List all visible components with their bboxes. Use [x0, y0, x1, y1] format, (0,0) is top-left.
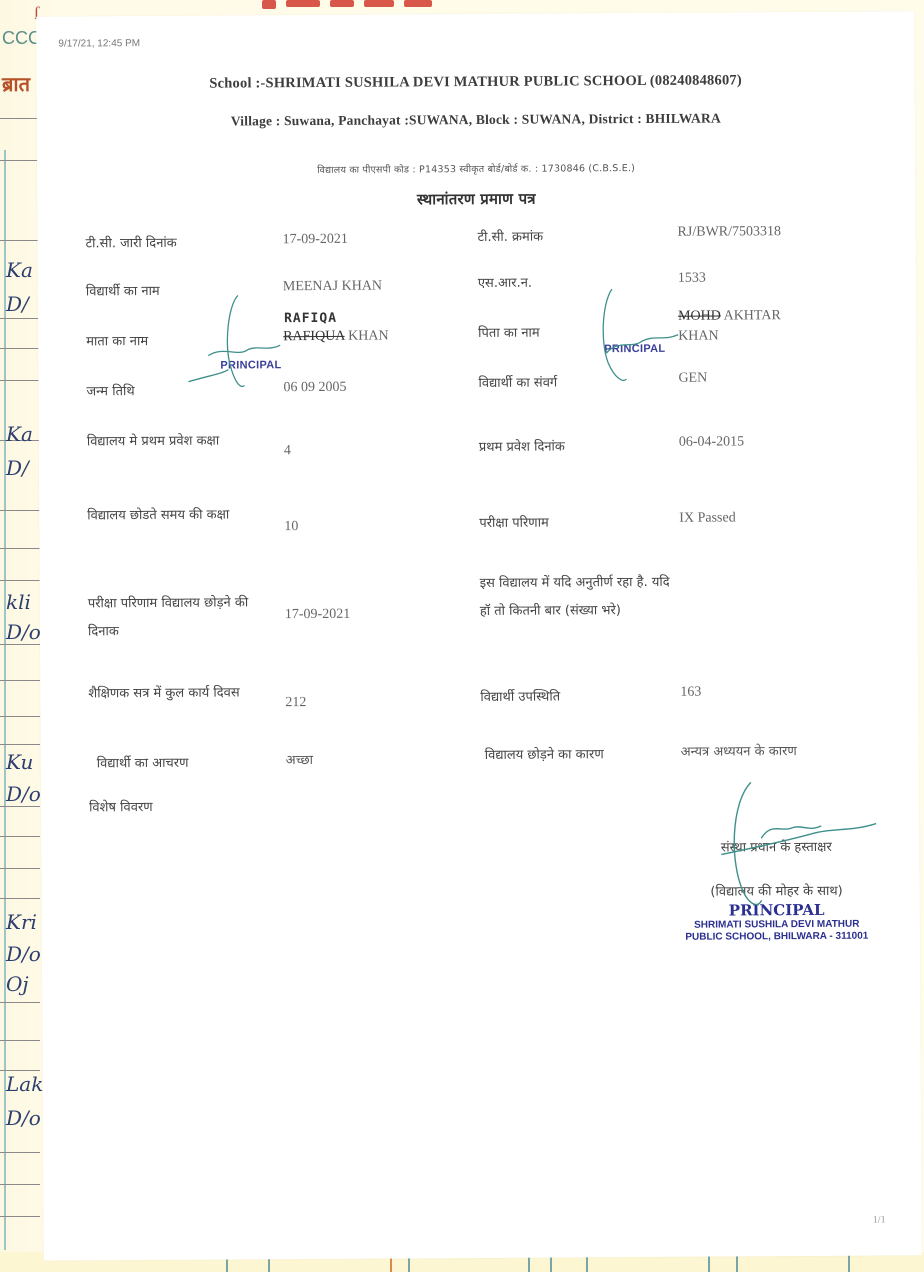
value-first-admission-date: 06-04-2015	[679, 428, 744, 456]
notebook-rule-line	[0, 716, 40, 717]
transfer-certificate-page: 9/17/21, 12:45 PM School :-SHRIMATI SUSH…	[36, 11, 922, 1260]
label-first-admission-class: विद्यालय मे प्रथम प्रवेश कक्षा	[87, 427, 267, 456]
notebook-rule-line	[0, 118, 40, 119]
label-mother-name: माता का नाम	[86, 328, 148, 356]
value-tc-issue-date: 17-09-2021	[282, 226, 347, 254]
mother-surname: KHAN	[348, 329, 389, 344]
value-attendance: 163	[680, 679, 701, 707]
notebook-rule-line	[0, 380, 40, 381]
notebook-header-text: CCC	[2, 28, 41, 49]
label-failed-count: इस विद्यालय में यदि अनुतीर्ण रहा है. यदि…	[480, 569, 670, 626]
label-tc-number: टी.सी. क्रमांक	[477, 224, 543, 252]
value-working-days: 212	[285, 689, 306, 717]
print-timestamp: 9/17/21, 12:45 PM	[58, 38, 140, 49]
handwritten-margin-note: D/o	[6, 782, 41, 806]
label-first-admission-date: प्रथम प्रवेश दिनांक	[479, 433, 565, 462]
value-exam-result: IX Passed	[679, 504, 736, 532]
label-dob: जन्म तिथि	[86, 378, 134, 406]
value-result-leaving-date: 17-09-2021	[285, 601, 350, 629]
notebook-rule-line	[0, 1216, 40, 1217]
notebook-rule-line	[0, 548, 40, 549]
notebook-rule-line	[0, 644, 40, 645]
label-leaving-class: विद्यालय छोडते समय की कक्षा	[87, 501, 272, 530]
handwritten-margin-note: Lak	[6, 1072, 43, 1096]
notebook-header-hindi: ब्रात	[2, 70, 30, 97]
label-conduct: विद्यार्थी का आचरण	[97, 750, 189, 779]
school-name-header: School :-SHRIMATI SUSHILA DEVI MATHUR PU…	[37, 71, 915, 93]
value-student-name: MEENAJ KHAN	[283, 273, 382, 302]
struck-father-name: MOHD	[678, 309, 721, 324]
certificate-title: स्थानांतरण प्रमाण पत्र	[37, 186, 915, 211]
handwritten-margin-note: Oj	[6, 972, 29, 996]
label-attendance: विद्यार्थी उपस्थिति	[480, 684, 560, 712]
value-leaving-reason: अन्यत्र अध्ययन के कारण	[681, 738, 797, 767]
label-sr-number: एस.आर.न.	[478, 270, 532, 298]
notebook-rule-line	[0, 1002, 40, 1003]
handwritten-margin-note: D/o	[6, 942, 41, 966]
value-leaving-class: 10	[284, 513, 298, 541]
value-sr-number: 1533	[678, 265, 706, 293]
notebook-rule-line	[0, 348, 40, 349]
notebook-rule-line	[0, 240, 40, 241]
value-father-name: MOHD AKHTAR KHAN	[678, 306, 781, 347]
handwritten-margin-note: D/o	[6, 1106, 41, 1130]
label-working-days: शैक्षिणक सत्र में कुल कार्य दिवस	[88, 679, 273, 708]
notebook-rule-line	[0, 580, 40, 581]
value-dob: 06 09 2005	[283, 374, 346, 402]
school-address-header: Village : Suwana, Panchayat :SUWANA, Blo…	[37, 109, 915, 130]
label-father-name: पिता का नाम	[478, 320, 540, 348]
label-leaving-reason: विद्यालय छोड़ने का कारण	[485, 741, 604, 770]
notebook-rule-line	[0, 806, 40, 807]
notebook-rule-line	[0, 1040, 40, 1041]
notebook-rule-line	[0, 868, 40, 869]
father-name-part: AKHTAR	[724, 308, 781, 323]
handwritten-margin-note: Ku	[6, 750, 33, 774]
value-category: GEN	[678, 365, 707, 393]
value-first-admission-class: 4	[284, 437, 291, 465]
handwritten-margin-note: kli	[6, 590, 31, 614]
label-exam-result: परीक्षा परिणाम	[479, 510, 549, 538]
handwritten-margin-note: Ka	[6, 422, 33, 446]
notebook-rule-line	[0, 744, 40, 745]
label-tc-issue-date: टी.सी. जारी दिनांक	[86, 230, 177, 259]
notebook-rule-line	[0, 1070, 40, 1071]
value-mother-name: RAFIQUA KHAN	[283, 323, 389, 352]
notebook-rule-line	[0, 680, 40, 681]
notebook-rule-line	[0, 160, 40, 161]
struck-mother-name: RAFIQUA	[283, 329, 345, 344]
notebook-rule-line	[0, 510, 40, 511]
label-student-name: विद्यार्थी का नाम	[86, 278, 160, 306]
handwritten-margin-note: D/	[6, 456, 29, 480]
handwritten-margin-note: Ka	[6, 258, 33, 282]
value-conduct: अच्छा	[286, 747, 313, 775]
notebook-rule-line	[0, 1184, 40, 1185]
page-number: 1/1	[873, 1215, 886, 1226]
handwritten-margin-note: D/	[6, 292, 29, 316]
principal-signature-block: संस्था प्रधान के हस्ताक्षर (विद्यालय की …	[681, 837, 872, 944]
principal-stamp-address: PUBLIC SCHOOL, BHILWARA - 311001	[682, 931, 872, 944]
label-category: विद्यार्थी का संवर्ग	[478, 370, 557, 398]
handwritten-margin-note: Kri	[6, 910, 37, 934]
notebook-rule-line	[0, 318, 40, 319]
signature-title: संस्था प्रधान के हस्ताक्षर	[681, 837, 871, 856]
notebook-rule-line	[0, 898, 40, 899]
father-surname: KHAN	[678, 329, 719, 344]
principal-stamp-small: PRINCIPAL	[220, 359, 281, 371]
notebook-rule-line	[0, 836, 40, 837]
value-tc-number: RJ/BWR/7503318	[677, 218, 781, 247]
label-result-leaving-date: परीक्षा परिणाम विद्यालय छोड़ने की दिनाक	[88, 589, 273, 646]
label-remarks: विशेष विवरण	[89, 794, 153, 822]
red-header-logo	[262, 0, 432, 8]
principal-stamp-small: PRINCIPAL	[604, 343, 665, 355]
notebook-rule-line	[0, 1152, 40, 1153]
handwritten-margin-note: D/o	[6, 620, 41, 644]
school-codes-line: विद्यालय का पीएसपी कोड : P14353 स्वीकृत …	[37, 159, 915, 177]
